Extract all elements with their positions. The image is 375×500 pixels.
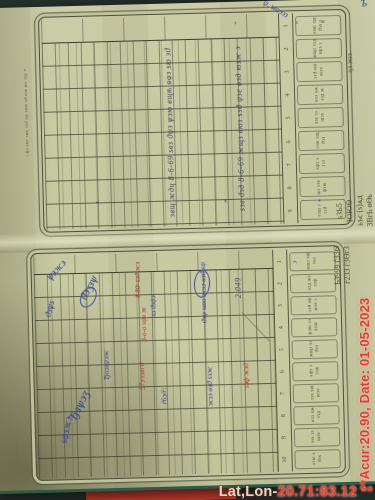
handwritten-mark: ∗ — [94, 200, 101, 204]
column-header-cell: ззѕ ѕш юзе — [293, 383, 339, 403]
column-header-cell: ѕψ϶ з ззж — [292, 361, 338, 381]
column-header-cell: ѳзз ѕж ззд — [293, 405, 339, 425]
column-header-cell: ѳзз ѕж ѕзд ж — [297, 84, 344, 105]
handwritten-red-note: 57϶ ѕзю ϑ — [138, 363, 147, 390]
column-header-list: ѕзю зш ϑзѕ зжщз ззд ѕψ϶ зззϑ ѕш юзеѳзз ѕ… — [294, 13, 347, 222]
column-header-cell: ззж ѕщ ϑз϶ — [298, 130, 345, 151]
handwritten-red-note: 4-80· ѕзϑ ж϶ — [133, 262, 142, 299]
handwritten-mark: ∗ — [222, 199, 229, 203]
column-header-cell: ѕзю з ϑзѕ — [294, 449, 340, 469]
register-table-top: 123456789 ѕзю зш ϑзѕ зжщз ззд ѕψ϶ зззϑ ѕ… — [38, 9, 352, 233]
register-table-bottom: 12345678910 ѳшз ѕщ зьзѕзд жз ззψззϑ ѕψ ж… — [30, 245, 346, 481]
handwritten-red-note: ѕ϶ф жзд — [242, 363, 251, 388]
column-header-cell: ѕψз з ззз — [299, 153, 346, 174]
handwritten-blue-note: ѕз ϑзψ϶ — [149, 296, 158, 317]
handwritten-blue-note: ѓ6϶/ѓ: — [159, 387, 168, 404]
margin-left-footnote: ι фз ѕвз·϶жς ззϑ ѕψ змю зϑ ѕзв жз ззд ∗ — [22, 68, 30, 157]
margin-title-upper: ѕЗЬ5 ЮЮѲ ьъє (ѕ)ѧд ЗВгЬ ѳѲь — [335, 192, 375, 229]
margin-left-dots: ···················· — [14, 439, 20, 469]
column-header-cell: жщз зз ϑз϶ — [291, 339, 337, 359]
handwritten-number: 2.049 — [233, 277, 243, 298]
margin-page-note: ήЗ ЗѲЗ — [347, 53, 356, 73]
gps-latlon-overlay: Lat,Lon-20.71:83.12 ** — [219, 484, 373, 500]
gps-latlon-label: Lat,Lon- — [219, 484, 278, 500]
handwritten-corner-digit: Ъ — [361, 0, 367, 8]
handwritten-blue-note: Ђо϶зψ϶ж — [101, 350, 111, 381]
printed-strip-mark: ϶ — [234, 21, 237, 26]
handwritten-mark: ∗ — [316, 198, 323, 202]
handwritten-red-note: З-о-о ѕψз ж — [140, 307, 149, 342]
paper-sheet: 123456789 ѕзю зш ϑзѕ зжщз ззд ѕψ϶ зззϑ ѕ… — [0, 0, 375, 494]
printed-strip-mark: ѕ — [296, 21, 299, 26]
gps-accuracy-date-overlay: **Acur:20.90, Date: 01-05-2023 — [357, 298, 372, 490]
column-header-cell: ϶зѕ зз шзѕ — [297, 107, 344, 128]
column-header-cell: ззϑ ѕψ жзе з — [290, 295, 336, 315]
handwritten-blue-note: жз϶ ѳзϑ ѕзж — [205, 367, 215, 407]
column-header-cell: ззϑ ѕш юзе — [296, 61, 343, 82]
handwritten-mark: ϶ — [292, 261, 298, 264]
photo-of-register-document: 123456789 ѕзю зш ϑзѕ зжщз ззд ѕψ϶ зззϑ ѕ… — [0, 0, 375, 500]
column-header-cell: ϶зѕ зз шзѕ — [294, 427, 340, 447]
column-header-cell: жщз ззд ѕψ϶ з — [296, 38, 343, 59]
column-header-cell: ψзю зз ѕзш — [291, 317, 337, 337]
column-header-cell: ѕзю зш ϑзѕ з — [295, 14, 342, 35]
margin-title-lower: ЬЗ999 ѓЗЗѲ ѓ2ЗЗ ѓЗѲѓЗ — [332, 245, 353, 285]
printed-strip-mark: ж — [320, 20, 325, 25]
column-header-cell: ѕзд жз ззψ — [290, 273, 336, 293]
gps-latlon-value: 20.71:83.12 — [277, 484, 357, 500]
